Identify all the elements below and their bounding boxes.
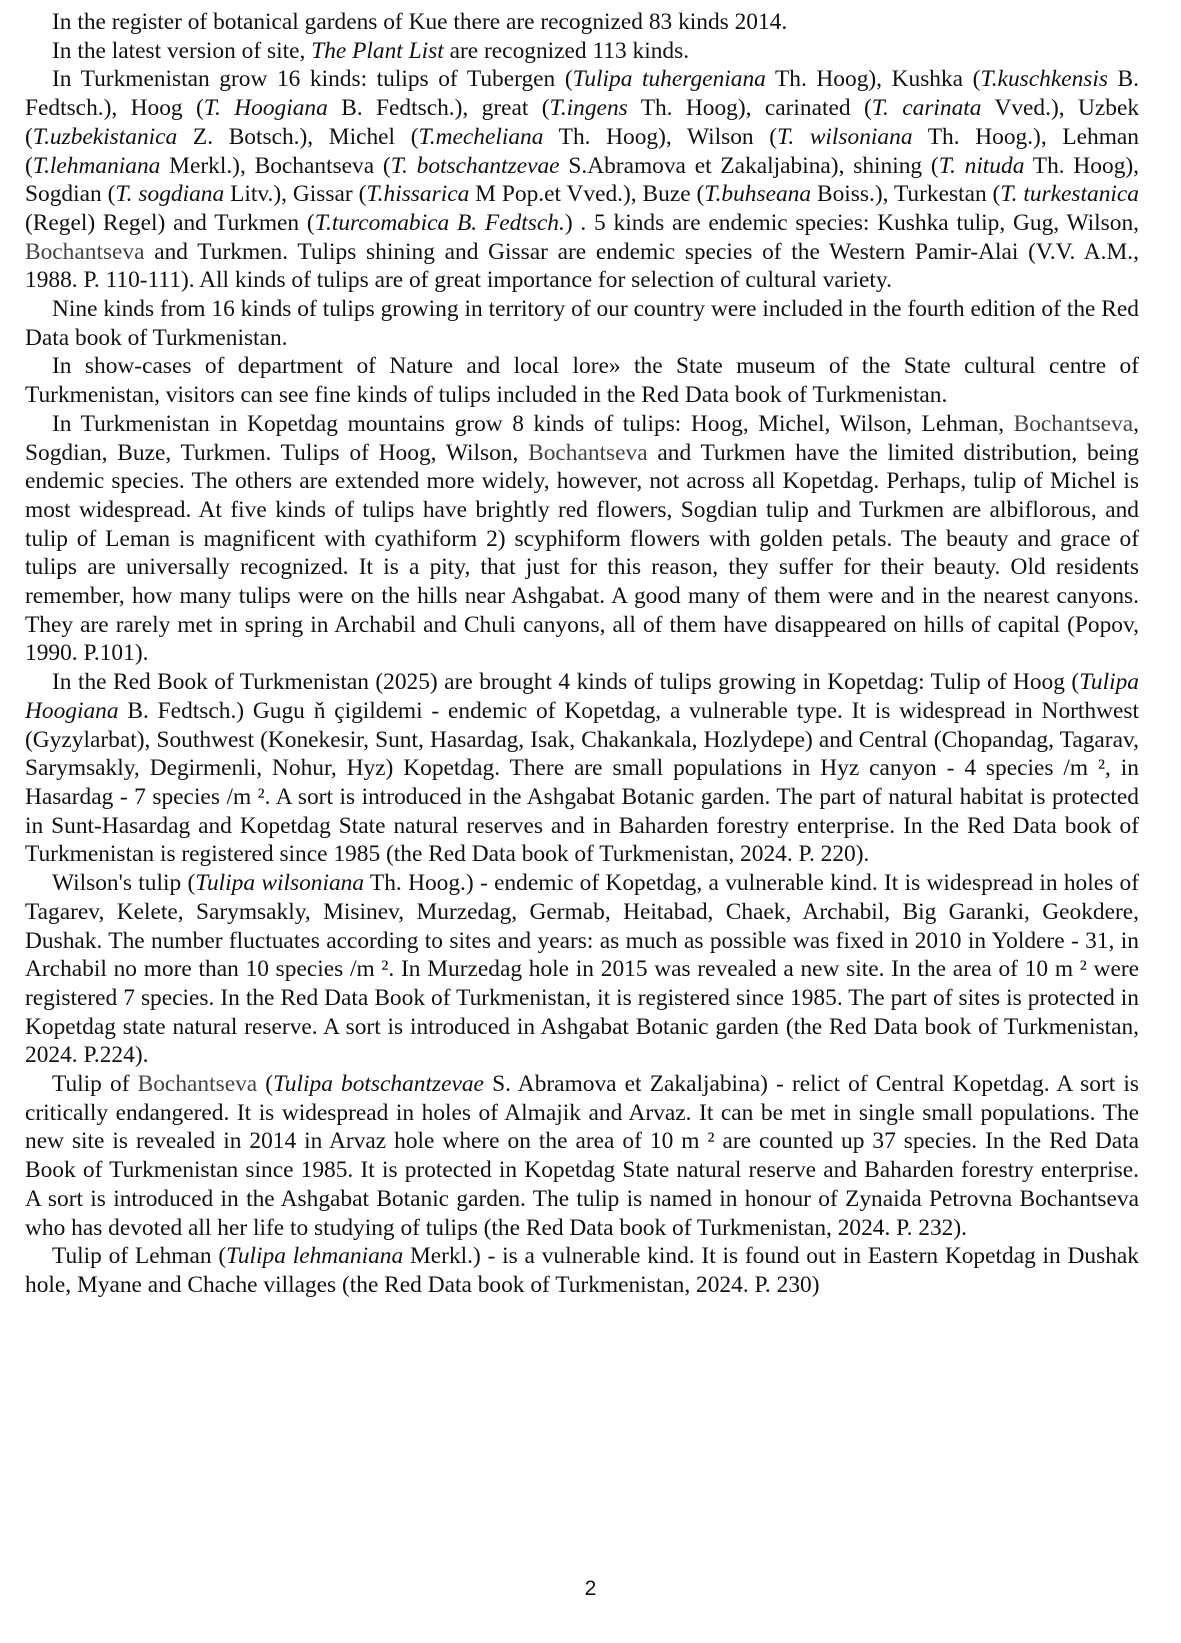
text-run: Merkl.), Bochantseva (: [160, 153, 390, 179]
text-run: M Pop.et Vved.), Buze (: [469, 181, 704, 207]
species-name: T.ingens: [550, 95, 628, 121]
text-run: Wilson's tulip (: [52, 870, 195, 896]
text-run: Tulip of: [52, 1071, 138, 1097]
species-name: Tulipa wilsoniana: [195, 870, 364, 896]
text-run: Th. Hoog), Wilson (: [543, 124, 777, 150]
text-run: In the register of botanical gardens of …: [52, 9, 787, 35]
species-name: T.uzbekistanica: [33, 124, 177, 150]
text-run: Z. Botsch.), Michel (: [177, 124, 418, 150]
species-name: T.lehmaniana: [33, 153, 161, 179]
text-run: are recognized 113 kinds.: [444, 38, 689, 64]
text-run: and Turkmen have the limited distributio…: [25, 440, 1139, 667]
species-name: T. Hoogiana: [204, 95, 328, 121]
species-name: The Plant List: [311, 38, 444, 64]
species-name: T.mecheliana: [419, 124, 544, 150]
text-run: In show-cases of department of Nature an…: [25, 353, 1139, 408]
text-run: Bochantseva: [25, 239, 145, 265]
paragraph-kopetdag-8-kinds: In Turkmenistan in Kopetdag mountains gr…: [25, 410, 1139, 668]
paragraph-lehman-tulip: Tulip of Lehman (Tulipa lehmaniana Merkl…: [25, 1242, 1139, 1299]
text-run: In Turkmenistan in Kopetdag mountains gr…: [52, 411, 1014, 437]
text-run: (: [257, 1071, 273, 1097]
text-run: S.Abramova et Zakaljabina), shining (: [560, 153, 939, 179]
text-run: Th. Hoog), Kushka (: [766, 66, 981, 92]
text-run: In the latest version of site,: [52, 38, 311, 64]
page-number: 2: [0, 1577, 1181, 1601]
paragraph-bochantseva-tulip: Tulip of Bochantseva (Tulipa botschantze…: [25, 1070, 1139, 1242]
text-run: Bochantseva: [1014, 411, 1134, 437]
species-name: T. sogdiana: [115, 181, 224, 207]
species-name: T.hissarica: [366, 181, 469, 207]
text-run: (Regel) Regel) and Turkmen (: [25, 210, 315, 236]
text-run: Boiss.), Turkestan (: [811, 181, 1000, 207]
species-name: T.kuschkensis: [980, 66, 1108, 92]
paragraph-museum-show-cases: In show-cases of department of Nature an…: [25, 352, 1139, 409]
species-name: Tulipa lehmaniana: [226, 1243, 403, 1269]
paragraph-turkmenistan-16-kinds: In Turkmenistan grow 16 kinds: tulips of…: [25, 65, 1139, 295]
paragraph-red-data-book-fourth-edition: Nine kinds from 16 kinds of tulips growi…: [25, 295, 1139, 352]
document-page: In the register of botanical gardens of …: [25, 8, 1139, 1300]
text-run: Bochantseva: [138, 1071, 258, 1097]
species-name: T.buhseana: [704, 181, 811, 207]
paragraph-kew-register: In the register of botanical gardens of …: [25, 8, 1139, 37]
text-run: B. Fedtsch.), great (: [328, 95, 550, 121]
species-name: T. wilsoniana: [777, 124, 912, 150]
text-run: ) . 5 kinds are endemic species: Kushka …: [565, 210, 1139, 236]
species-name: T. turkestanica: [1000, 181, 1139, 207]
text-run: Litv.), Gissar (: [224, 181, 366, 207]
paragraph-plant-list: In the latest version of site, The Plant…: [25, 37, 1139, 66]
species-name: T. carinata: [872, 95, 982, 121]
text-run: In Turkmenistan grow 16 kinds: tulips of…: [52, 66, 573, 92]
paragraph-hoog-tulip: In the Red Book of Turkmenistan (2025) a…: [25, 668, 1139, 869]
species-name: Tulipa tuhergeniana: [573, 66, 766, 92]
text-run: In the Red Book of Turkmenistan (2025) a…: [52, 669, 1079, 695]
text-run: Th. Hoog), carinated (: [628, 95, 872, 121]
text-run: Th. Hoog.) - endemic of Kopetdag, a vuln…: [25, 870, 1139, 1068]
species-name: T. botschantzevae: [391, 153, 560, 179]
paragraph-wilson-tulip: Wilson's tulip (Tulipa wilsoniana Th. Ho…: [25, 869, 1139, 1070]
species-name: Tulipa botschantzevae: [273, 1071, 484, 1097]
text-run: and Turkmen. Tulips shining and Gissar a…: [25, 239, 1139, 294]
text-run: Bochantseva: [528, 440, 648, 466]
species-name: T. nituda: [939, 153, 1025, 179]
species-name: T.turcomabica B. Fedtsch.: [315, 210, 565, 236]
text-run: Tulip of Lehman (: [52, 1243, 226, 1269]
text-run: B. Fedtsch.) Gugu ň çigildemi - endemic …: [25, 698, 1139, 868]
text-run: Nine kinds from 16 kinds of tulips growi…: [25, 296, 1139, 351]
